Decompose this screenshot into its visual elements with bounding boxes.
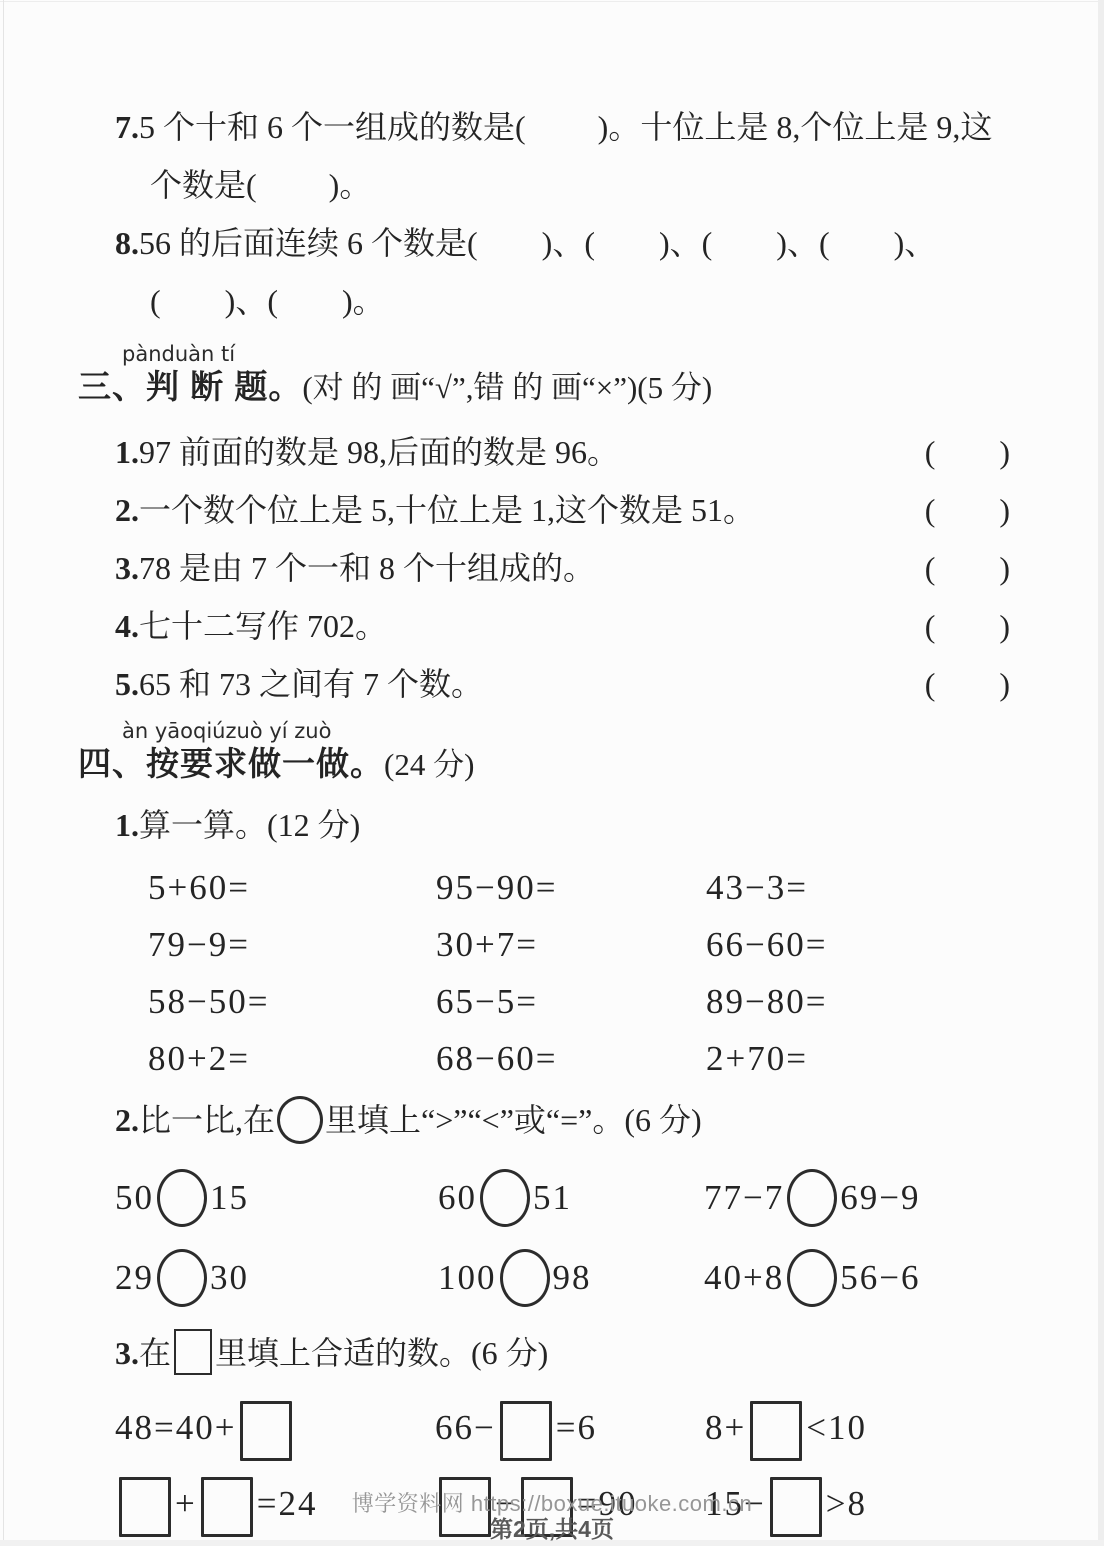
calc-item: 2+70= xyxy=(706,1037,1104,1081)
question-7-line-2: 个数是( )。 xyxy=(150,156,1104,214)
judgement-text: 2.一个数个位上是 5,十位上是 1,这个数是 51。 xyxy=(115,481,925,539)
calc-item: 79−9= xyxy=(148,923,436,967)
judgement-list: 1.97 前面的数是 98,后面的数是 96。 ( ) 2.一个数个位上是 5,… xyxy=(0,423,1104,713)
calc-item: 80+2= xyxy=(148,1037,436,1081)
question-8-line-2: ( )、( )。 xyxy=(150,272,1104,330)
compare-circle xyxy=(277,1096,323,1144)
calc-item: 30+7= xyxy=(436,923,706,967)
question-7: 7.5 个十和 6 个一组成的数是( )。十位上是 8,个位上是 9,这 个数是… xyxy=(0,98,1104,214)
compare-circle xyxy=(787,1169,837,1227)
judgement-number: 1. xyxy=(115,434,139,470)
compare-circle xyxy=(480,1169,530,1227)
question-8: 8.56 的后面连续 6 个数是( )、( )、( )、( )、 ( )、( )… xyxy=(0,214,1104,330)
subquestion-3-number: 3. xyxy=(115,1335,139,1371)
compare-circle xyxy=(157,1249,207,1307)
question-7-line-1: 7.5 个十和 6 个一组成的数是( )。十位上是 8,个位上是 9,这 xyxy=(115,98,1104,156)
section-3-note: (对 的 画“√”,错 的 画“×”)(5 分) xyxy=(302,370,712,405)
judgement-text: 3.78 是由 7 个一和 8 个十组成的。 xyxy=(115,539,925,597)
section-4-header: àn yāoqiúzuò yí zuò 四、按要求做一做。(24 分) xyxy=(78,719,1104,786)
test-paper-page: 7.5 个十和 6 个一组成的数是( )。十位上是 8,个位上是 9,这 个数是… xyxy=(0,0,1104,1546)
calc-item: 89−80= xyxy=(706,980,1104,1024)
calc-item: 65−5= xyxy=(436,980,706,1024)
calc-item: 5+60= xyxy=(148,866,436,910)
calc-item: 66−60= xyxy=(706,923,1104,967)
section-4-title: 四、按要求做一做。 xyxy=(78,745,384,782)
section-3-header: pànduàn tí 三、判 断 题。(对 的 画“√”,错 的 画“×”)(5… xyxy=(78,342,1104,409)
judgement-statement: 七十二写作 702。 xyxy=(139,608,387,644)
judgement-number: 2. xyxy=(115,492,139,528)
answer-bracket: ( ) xyxy=(925,655,1010,713)
compare-item: 10098 xyxy=(438,1250,704,1310)
judgement-item-4: 4.七十二写作 702。 ( ) xyxy=(115,597,1010,655)
answer-box xyxy=(174,1329,212,1375)
judgement-item-2: 2.一个数个位上是 5,十位上是 1,这个数是 51。 ( ) xyxy=(115,481,1010,539)
judgement-item-3: 3.78 是由 7 个一和 8 个十组成的。 ( ) xyxy=(115,539,1010,597)
subquestion-2-number: 2. xyxy=(115,1102,139,1138)
answer-box xyxy=(240,1401,292,1461)
judgement-number: 4. xyxy=(115,608,139,644)
question-8-line-1: 8.56 的后面连续 6 个数是( )、( )、( )、( )、 xyxy=(115,214,1104,272)
page-edge-left xyxy=(3,0,4,1546)
fill-item: 48=40+ xyxy=(115,1399,435,1461)
subquestion-1-title: 算一算。(12 分) xyxy=(139,807,360,843)
answer-bracket: ( ) xyxy=(925,423,1010,481)
fill-item: 8+<10 xyxy=(705,1399,1104,1461)
subquestion-3-title: 在里填上合适的数。(6 分) xyxy=(139,1335,548,1371)
answer-box xyxy=(500,1401,552,1461)
judgement-item-1: 1.97 前面的数是 98,后面的数是 96。 ( ) xyxy=(115,423,1010,481)
judgement-statement: 65 和 73 之间有 7 个数。 xyxy=(139,666,483,702)
answer-bracket: ( ) xyxy=(925,481,1010,539)
compare-circle xyxy=(500,1249,550,1307)
judgement-number: 3. xyxy=(115,550,139,586)
answer-bracket: ( ) xyxy=(925,539,1010,597)
section-3-title-line: 三、判 断 题。(对 的 画“√”,错 的 画“×”)(5 分) xyxy=(78,366,1104,409)
judgement-statement: 97 前面的数是 98,后面的数是 96。 xyxy=(139,434,619,470)
subquestion-2-header: 2.比一比,在里填上“>”“<”或“=”。(6 分) xyxy=(115,1099,1104,1148)
section-4-title-line: 四、按要求做一做。(24 分) xyxy=(78,743,1104,786)
subquestion-2-title: 比一比,在里填上“>”“<”或“=”。(6 分) xyxy=(139,1102,702,1138)
page-edge-right xyxy=(1098,0,1104,1546)
page-edge-top xyxy=(0,1,1104,2)
calc-item: 68−60= xyxy=(436,1037,706,1081)
compare-grid: 5015 6051 77−769−9 2930 10098 40+856−6 xyxy=(115,1170,1104,1310)
question-8-number: 8. xyxy=(115,225,139,261)
page-number: 第2页,共4页 xyxy=(0,1511,1104,1544)
judgement-statement: 78 是由 7 个一和 8 个十组成的。 xyxy=(139,550,595,586)
judgement-text: 1.97 前面的数是 98,后面的数是 96。 xyxy=(115,423,925,481)
fill-item: 66−=6 xyxy=(435,1399,705,1461)
judgement-text: 4.七十二写作 702。 xyxy=(115,597,925,655)
compare-item: 77−769−9 xyxy=(704,1170,1104,1230)
answer-bracket: ( ) xyxy=(925,597,1010,655)
calc-grid: 5+60= 95−90= 43−3= 79−9= 30+7= 66−60= 58… xyxy=(148,866,1104,1081)
section-4-note: (24 分) xyxy=(384,747,474,782)
compare-item: 5015 xyxy=(115,1170,438,1230)
judgement-item-5: 5.65 和 73 之间有 7 个数。 ( ) xyxy=(115,655,1010,713)
question-7-text: 5 个十和 6 个一组成的数是( )。十位上是 8,个位上是 9,这 xyxy=(139,109,992,145)
judgement-text: 5.65 和 73 之间有 7 个数。 xyxy=(115,655,925,713)
judgement-statement: 一个数个位上是 5,十位上是 1,这个数是 51。 xyxy=(139,492,755,528)
answer-box xyxy=(750,1401,802,1461)
compare-circle xyxy=(787,1249,837,1307)
compare-circle xyxy=(157,1169,207,1227)
calc-item: 95−90= xyxy=(436,866,706,910)
section-4-pinyin: àn yāoqiúzuò yí zuò xyxy=(122,719,1104,743)
subquestion-1-number: 1. xyxy=(115,807,139,843)
question-7-number: 7. xyxy=(115,109,139,145)
calc-item: 58−50= xyxy=(148,980,436,1024)
subquestion-3-header: 3.在里填上合适的数。(6 分) xyxy=(115,1332,1104,1380)
compare-item: 2930 xyxy=(115,1250,438,1310)
compare-item: 40+856−6 xyxy=(704,1250,1104,1310)
subquestion-1-header: 1.算一算。(12 分) xyxy=(115,804,1104,846)
section-3-title: 三、判 断 题。 xyxy=(78,368,302,405)
section-3-pinyin: pànduàn tí xyxy=(122,342,1104,366)
compare-item: 6051 xyxy=(438,1170,704,1230)
question-8-text: 56 的后面连续 6 个数是( )、( )、( )、( )、 xyxy=(139,225,936,261)
calc-item: 43−3= xyxy=(706,866,1104,910)
judgement-number: 5. xyxy=(115,666,139,702)
